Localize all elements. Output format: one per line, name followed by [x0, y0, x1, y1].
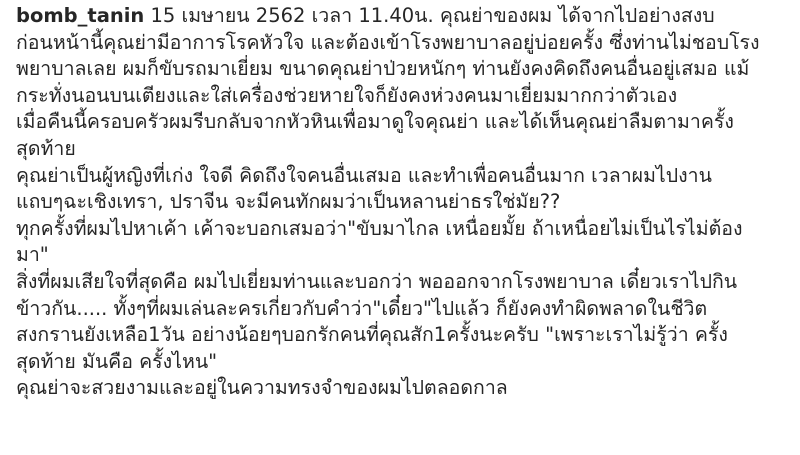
caption-line: ข้าวกัน..... ทั้งๆที่ผมเล่นละครเกี่ยวกับ…	[16, 296, 800, 323]
caption-line: เมื่อคืนนี้ครอบครัวผมรีบกลับจากหัวหินเพื…	[16, 109, 800, 136]
caption-line: ทุกครั้งที่ผมไปหาเค้า เค้าจะบอกเสมอว่า"ข…	[16, 216, 800, 243]
caption-line: ก่อนหน้านี้คุณย่ามีอาการโรคหัวใจ และต้อง…	[16, 30, 800, 57]
username-link[interactable]: bomb_tanin	[16, 4, 144, 27]
caption-line: แถบๆฉะเชิงเทรา, ปราจีน จะมีคนทักผมว่าเป็…	[16, 189, 800, 216]
caption-line: คุณย่าเป็นผู้หญิงที่เก่ง ใจดี คิดถึงใจคน…	[16, 163, 800, 190]
caption-line: พยาบาลเลย ผมก็ขับรถมาเยี่ยม ขนาดคุณย่าป่…	[16, 56, 800, 83]
caption-line: สงกรานยังเหลือ1วัน อย่างน้อยๆบอกรักคนที่…	[16, 322, 800, 349]
caption-line: สิ่งที่ผมเสียใจที่สุดคือ ผมไปเยี่ยมท่านแ…	[16, 269, 800, 296]
caption-line: มา"	[16, 242, 800, 269]
caption-line: สุดท้าย	[16, 136, 800, 163]
caption-header-text: 15 เมษายน 2562 เวลา 11.40น. คุณย่าของผม …	[144, 4, 714, 27]
post-caption: bomb_tanin 15 เมษายน 2562 เวลา 11.40น. ค…	[16, 3, 800, 402]
caption-line: คุณย่าจะสวยงามและอยู่ในความทรงจำของผมไปต…	[16, 375, 800, 402]
caption-line: กระทั่งนอนบนเตียงและใส่เครื่องช่วยหายใจก…	[16, 83, 800, 110]
caption-line-header: bomb_tanin 15 เมษายน 2562 เวลา 11.40น. ค…	[16, 3, 800, 30]
caption-line: สุดท้าย มันคือ ครั้งไหน"	[16, 349, 800, 376]
